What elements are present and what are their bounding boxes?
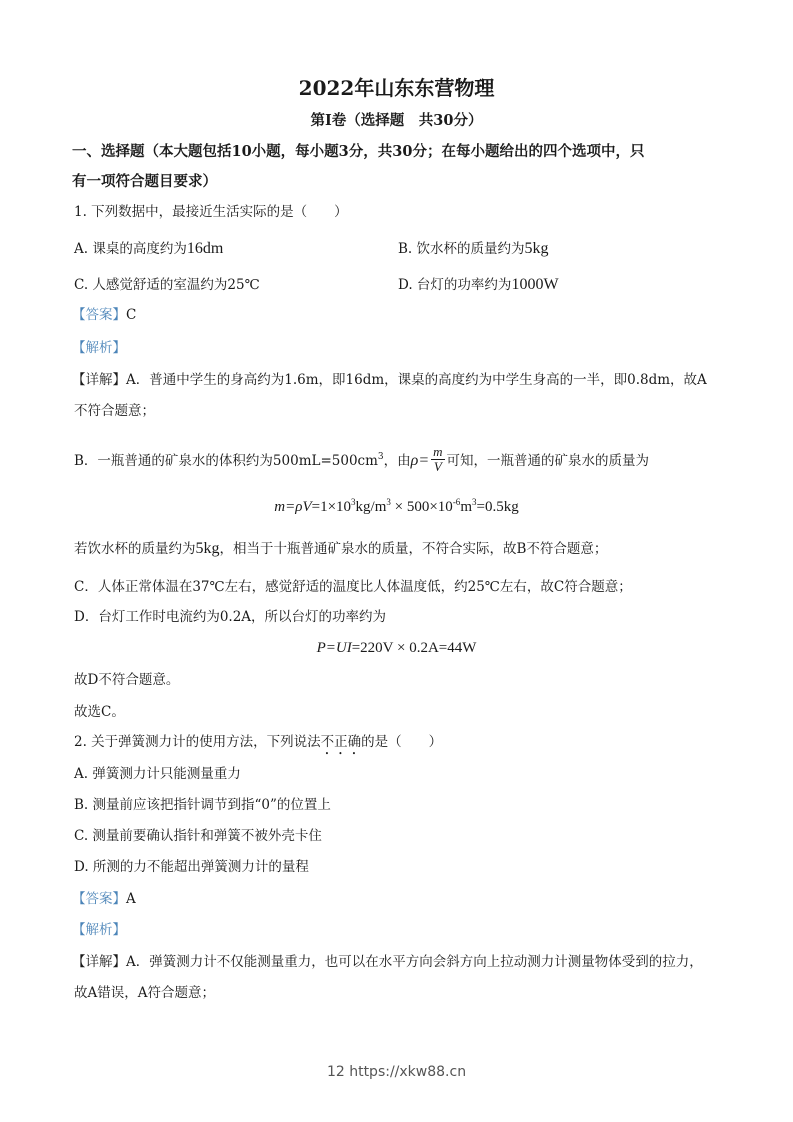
answer-marker: 【答案】: [72, 307, 126, 323]
emphasis-text: 不正确: [321, 734, 362, 750]
answer-marker: 【答案】: [72, 891, 126, 907]
q1-detail-c: C．人体正常体温在37℃左右，感觉舒适的温度比人体温度低，约25℃左右，故C符合…: [74, 578, 632, 596]
q2-answer: 【答案】A: [72, 890, 136, 908]
page-title: 2022年山东东营物理: [0, 72, 793, 101]
q1-option-d: D. 台灯的功率约为1000W: [398, 276, 559, 294]
density-fraction: mV: [431, 445, 444, 474]
q1-option-a-text: A. 课桌的高度约为: [74, 241, 187, 257]
analysis-marker: 【解析】: [72, 922, 126, 938]
document-page: 2022年山东东营物理 第Ⅰ卷（选择题 共30分） 一、选择题（本大题包括10小…: [0, 0, 793, 1122]
q1-option-b: B. 饮水杯的质量约为5kg: [398, 240, 549, 258]
q2-option-b: B. 测量前应该把指针调节到指“0”的位置上: [74, 796, 331, 814]
q2-detail-a-line2: 故A错误，A符合题意；: [74, 984, 215, 1002]
q1-detail-b-line2: 若饮水杯的质量约为5kg，相当于十瓶普通矿泉水的质量，不符合实际，故B不符合题意…: [74, 540, 607, 558]
q1-option-b-value: 5kg: [525, 240, 549, 257]
q2-option-a: A. 弹簧测力计只能测量重力: [74, 765, 241, 783]
section-heading-line1: 一、选择题（本大题包括10小题，每小题3分，共30分；在每小题给出的四个选项中，…: [72, 142, 644, 162]
q1-stem: 1. 下列数据中，最接近生活实际的是（ ）: [74, 203, 348, 221]
page-subtitle: 第Ⅰ卷（选择题 共30分）: [0, 109, 793, 130]
formula-mass: m=ρV=1×103kg/m3 × 500×10-6m3=0.5kg: [0, 498, 793, 516]
analysis-marker: 【解析】: [72, 340, 126, 356]
q1-detail-b-line1: B．一瓶普通的矿泉水的体积约为500mL=500cm3，由ρ=mV可知，一瓶普通…: [74, 447, 649, 476]
q1-analysis: 【解析】: [72, 339, 126, 357]
answer-value: A: [126, 891, 136, 907]
q1-option-a: A. 课桌的高度约为16dm: [74, 240, 223, 258]
q1-option-a-value: 16dm: [187, 240, 223, 257]
detail-marker: 【详解】: [72, 954, 126, 970]
q2-option-c: C. 测量前要确认指针和弹簧不被外壳卡住: [74, 827, 322, 845]
q2-detail-a-line1: 【详解】A．弹簧测力计不仅能测量重力，也可以在水平方向会斜方向上拉动测力计测量物…: [72, 953, 703, 971]
q1-detail-a-line2: 不符合题意；: [74, 402, 155, 420]
formula-power: P=UI=220V × 0.2A=44W: [0, 639, 793, 657]
q1-detail-d: D．台灯工作时电流约为0.2A，所以台灯的功率约为: [74, 608, 386, 626]
q1-option-d-text: D. 台灯的功率约为: [398, 277, 511, 293]
q1-final-choice: 故选C。: [74, 703, 125, 721]
q1-option-b-text: B. 饮水杯的质量约为: [398, 241, 525, 257]
q1-option-c: C. 人感觉舒适的室温约为25℃: [74, 276, 260, 294]
q2-option-d: D. 所测的力不能超出弹簧测力计的量程: [74, 858, 309, 876]
q2-stem: 2. 关于弹簧测力计的使用方法，下列说法不正确的是（ ）: [74, 733, 442, 758]
q1-answer: 【答案】C: [72, 306, 136, 324]
q1-conclusion-d: 故D不符合题意。: [74, 671, 179, 689]
q1-detail-a-line1: 【详解】A．普通中学生的身高约为1.6m，即16dm，课桌的高度约为中学生身高的…: [72, 371, 707, 389]
answer-value: C: [126, 307, 136, 323]
section-heading-line2: 有一项符合题目要求）: [72, 172, 217, 192]
page-footer: 12 https://xkw88.cn: [0, 1064, 793, 1080]
detail-marker: 【详解】: [72, 372, 126, 388]
rho-symbol: ρ=: [411, 452, 429, 469]
q2-analysis: 【解析】: [72, 921, 126, 939]
q1-option-d-value: 1000W: [511, 276, 558, 293]
